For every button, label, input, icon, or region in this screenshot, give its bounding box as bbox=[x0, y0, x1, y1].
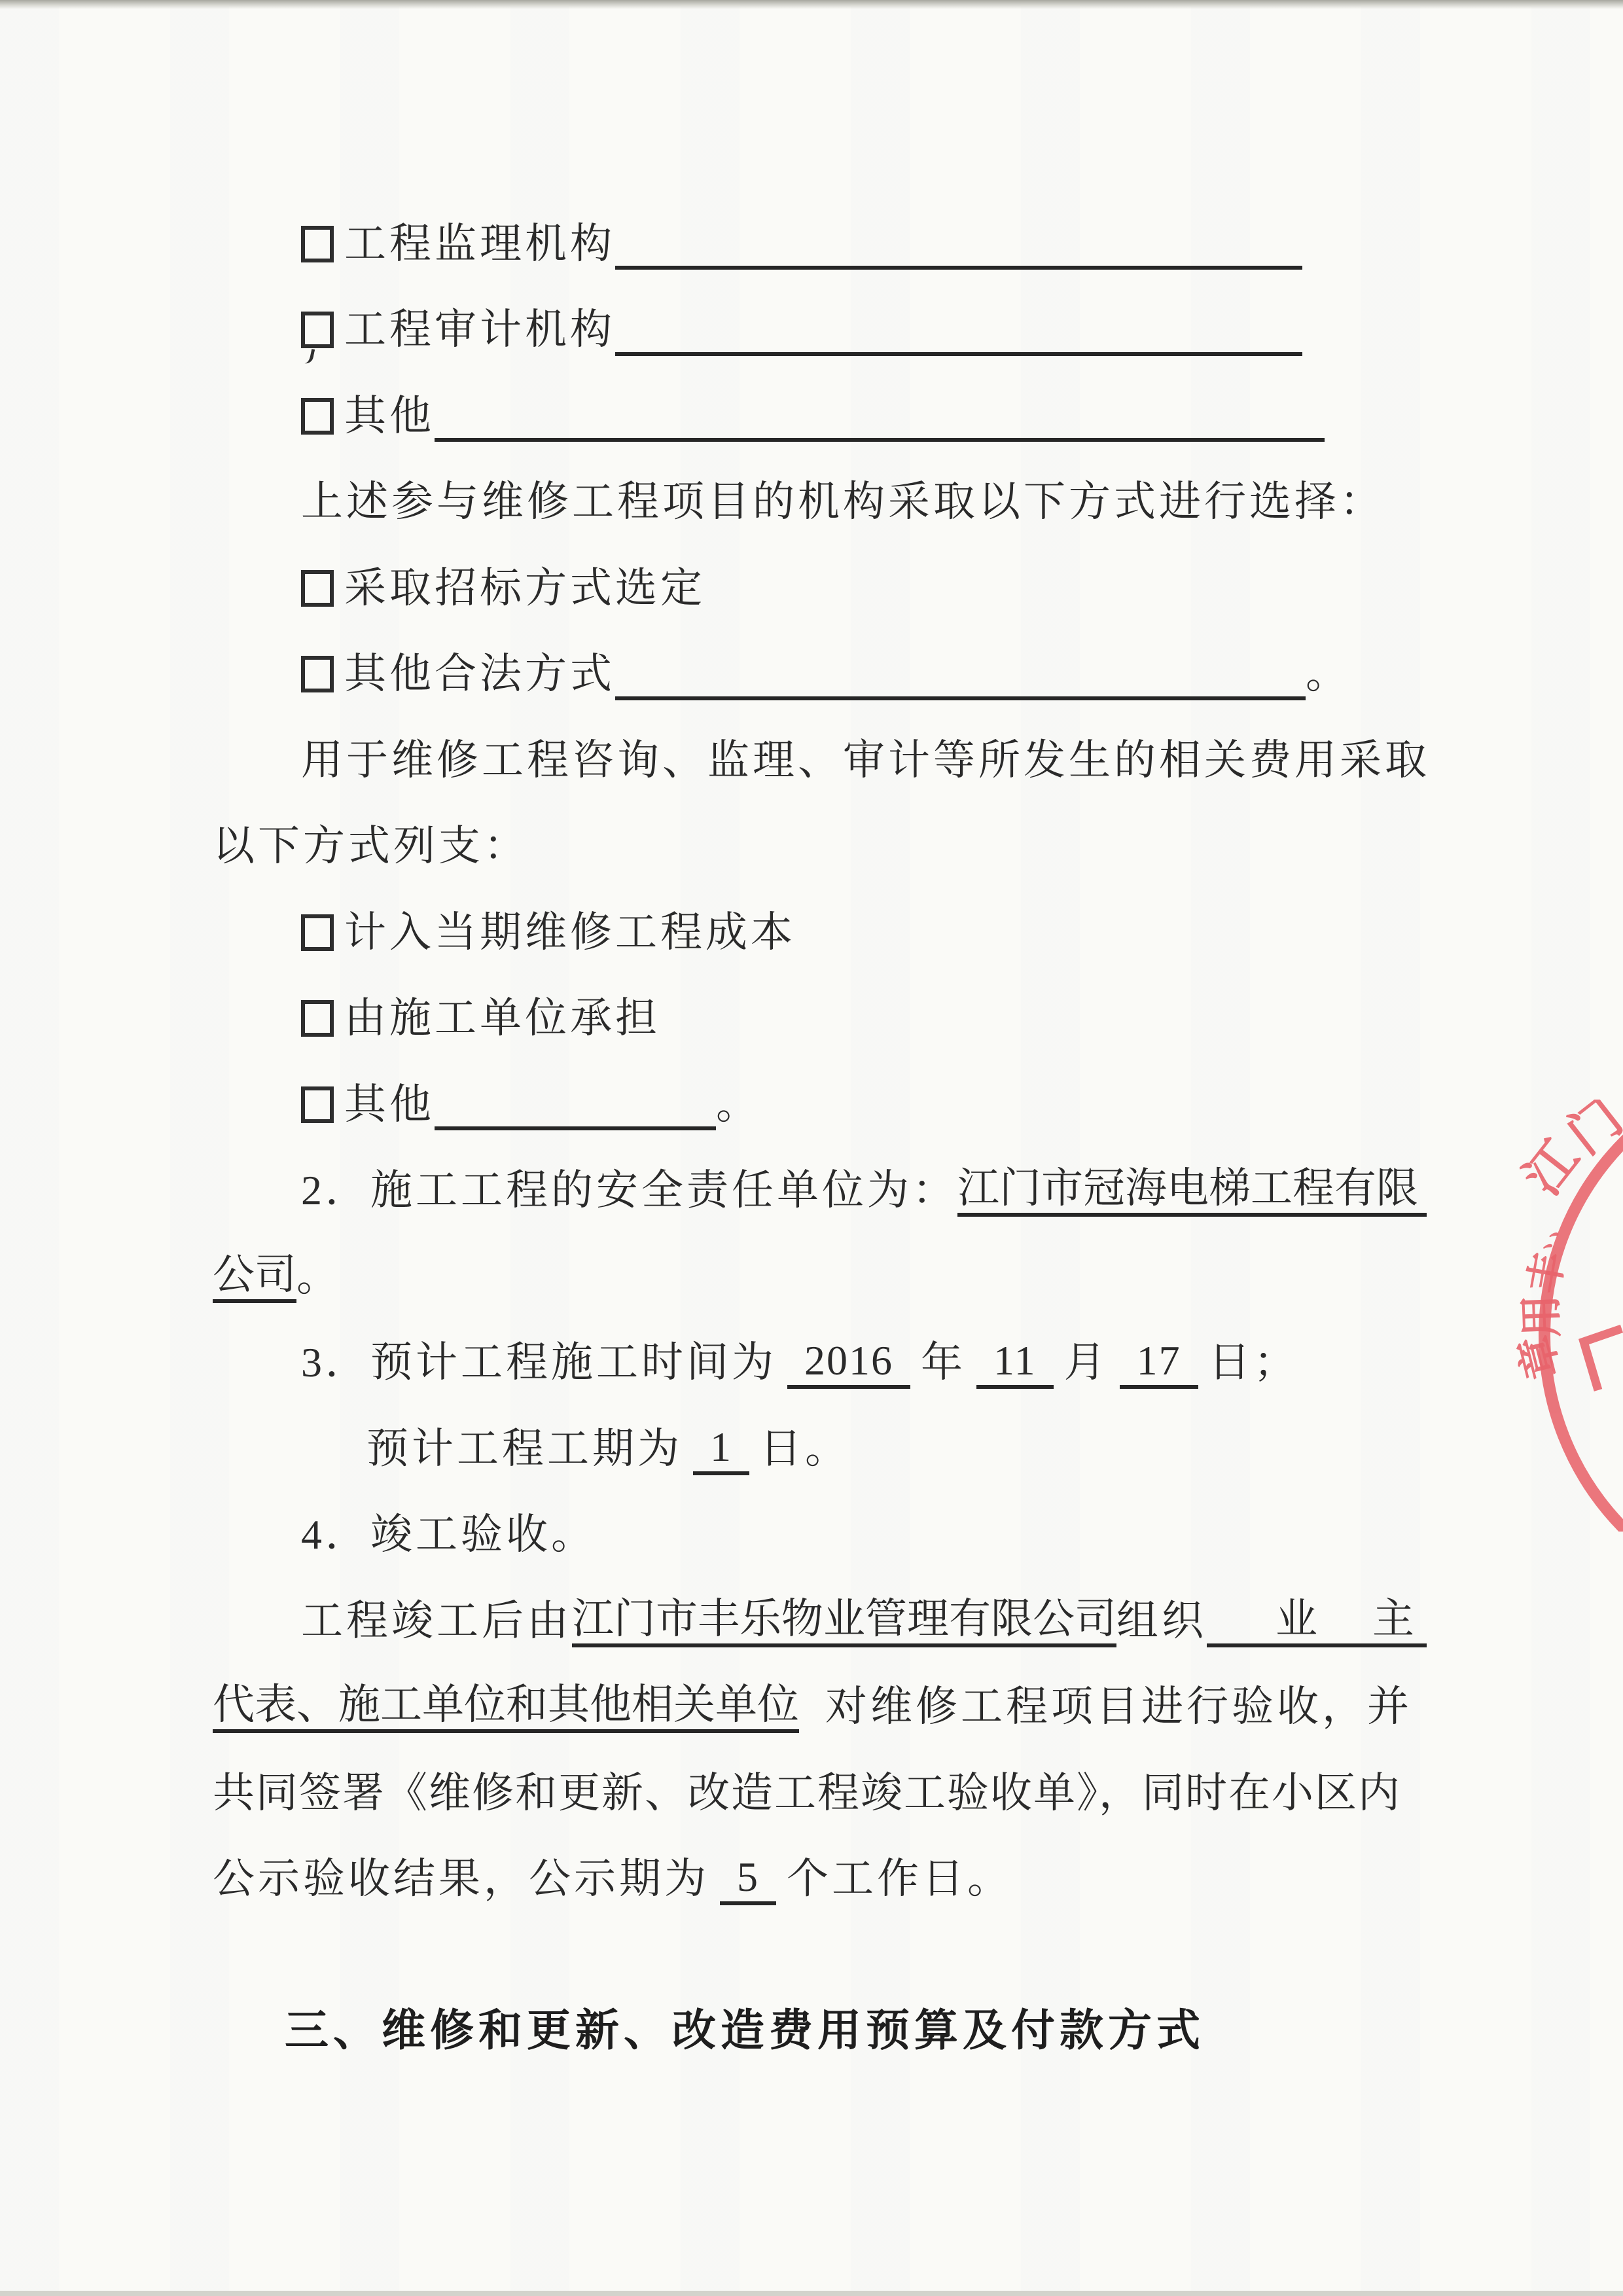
scanned-contract-page: 工程监理机构 工程审计机构 其他 上述参与维修工程项目的机构采取以下方式进行选择… bbox=[0, 0, 1623, 2296]
option-row-other-institution: 其他 bbox=[213, 373, 1427, 459]
safety-company-underlined: 江门市冠海电梯工程有限 bbox=[957, 1164, 1427, 1217]
owner-blank-underlined: 业 主 bbox=[1207, 1595, 1427, 1647]
paragraph-text: 工程竣工后由 bbox=[301, 1597, 572, 1645]
year-unit: 年 bbox=[921, 1338, 966, 1387]
fee-option-row-cost: 计入当期维修工程成本 bbox=[213, 889, 1427, 976]
fee-intro-line-2: 以下方式列支： bbox=[213, 804, 1427, 890]
option-label: 其他 bbox=[344, 392, 435, 440]
option-label: 由施工单位承担 bbox=[344, 994, 660, 1043]
option-row-other-method: 其他合法方式 。 bbox=[213, 632, 1427, 718]
section-heading-text: 三、维修和更新、改造费用预算及付款方式 bbox=[213, 2005, 1205, 2056]
paragraph-text: 个工作日。 bbox=[787, 1855, 1012, 1903]
paragraph-text: 2．施工工程的安全责任单位为： bbox=[301, 1166, 957, 1215]
option-label: 其他 bbox=[344, 1081, 435, 1129]
option-label: 其他合法方式 bbox=[344, 650, 615, 698]
option-label: 采取招标方式选定 bbox=[344, 564, 705, 613]
option-label: 工程审计机构 bbox=[344, 306, 615, 354]
blank-underline bbox=[435, 390, 1325, 442]
item4-line-2: 代表、施工单位和其他相关单位 对维修工程项目进行验收，并 bbox=[213, 1664, 1427, 1751]
option-row-audit: 工程审计机构 bbox=[213, 287, 1427, 374]
paragraph-text: 预计工程工期为 bbox=[366, 1425, 683, 1473]
blank-underline bbox=[615, 649, 1306, 700]
start-day-value: 17 bbox=[1120, 1336, 1198, 1389]
item2-line-2: 公司 。 bbox=[213, 1234, 1427, 1320]
period: 。 bbox=[1306, 650, 1351, 698]
item4-line-3: 共同签署《维修和更新、改造工程竣工验收单》，同时在小区内 bbox=[213, 1750, 1427, 1837]
paragraph-text: 用于维修工程咨询、监理、审计等所发生的相关费用采取 bbox=[301, 736, 1430, 785]
checkbox-icon bbox=[301, 1086, 334, 1123]
blank-underline bbox=[615, 218, 1302, 270]
paragraph-text: 对维修工程项目进行验收，并 bbox=[825, 1683, 1412, 1731]
property-company-underlined: 江门市丰乐物业管理有限公司 bbox=[572, 1595, 1116, 1647]
paragraph-text: 组织 bbox=[1116, 1597, 1207, 1645]
selection-intro-line: 上述参与维修工程项目的机构采取以下方式进行选择： bbox=[213, 459, 1427, 546]
scanner-bottom-edge bbox=[0, 2291, 1623, 2296]
paragraph-text: 3．预计工程施工时间为 bbox=[301, 1338, 777, 1387]
start-month-value: 11 bbox=[976, 1336, 1054, 1389]
period: 。 bbox=[716, 1081, 761, 1129]
scanner-top-edge bbox=[0, 0, 1623, 9]
checkbox-icon bbox=[301, 570, 334, 607]
blank-underline bbox=[435, 1079, 716, 1130]
paragraph-text: 上述参与维修工程项目的机构采取以下方式进行选择： bbox=[301, 478, 1385, 526]
option-row-bidding: 采取招标方式选定 bbox=[213, 545, 1427, 632]
blank-underline bbox=[615, 304, 1302, 356]
fee-intro-line-1: 用于维修工程咨询、监理、审计等所发生的相关费用采取 bbox=[213, 717, 1427, 804]
item3-line-2: 预计工程工期为 1 日。 bbox=[213, 1406, 1427, 1492]
option-label: 计入当期维修工程成本 bbox=[344, 908, 796, 957]
item3-line-1: 3．预计工程施工时间为 2016 年 11 月 17 日； bbox=[213, 1320, 1427, 1407]
fee-option-row-other: 其他 。 bbox=[213, 1062, 1427, 1148]
document-body: 工程监理机构 工程审计机构 其他 上述参与维修工程项目的机构采取以下方式进行选择… bbox=[213, 201, 1427, 2074]
item2-line-1: 2．施工工程的安全责任单位为： 江门市冠海电梯工程有限 bbox=[213, 1148, 1427, 1234]
seal-char: 丰 bbox=[1522, 1249, 1573, 1297]
duration-unit: 日。 bbox=[760, 1425, 850, 1473]
item4-line-4: 公示验收结果，公示期为 5 个工作日。 bbox=[213, 1837, 1427, 1923]
duration-value: 1 bbox=[693, 1423, 749, 1475]
option-row-supervision: 工程监理机构 bbox=[213, 201, 1427, 287]
checkbox-icon bbox=[301, 656, 334, 692]
publicity-days-value: 5 bbox=[720, 1853, 776, 1905]
item4-title-line: 4．竣工验收。 bbox=[213, 1492, 1427, 1579]
checkbox-icon bbox=[301, 1000, 334, 1037]
owner-committee-seal: 江 门 、、 丰 用 章 bbox=[1486, 1100, 1623, 1532]
section-heading: 三、维修和更新、改造费用预算及付款方式 bbox=[213, 1988, 1427, 2074]
representatives-underlined: 代表、施工单位和其他相关单位 bbox=[213, 1681, 799, 1733]
month-unit: 月 bbox=[1064, 1338, 1109, 1387]
item4-line-1: 工程竣工后由 江门市丰乐物业管理有限公司 组织 业 主 bbox=[213, 1578, 1427, 1664]
checkbox-icon bbox=[301, 914, 334, 951]
checkbox-icon bbox=[301, 226, 334, 262]
paragraph-text: 共同签署《维修和更新、改造工程竣工验收单》，同时在小区内 bbox=[213, 1769, 1401, 1818]
seal-inner-square-corner bbox=[1584, 1329, 1622, 1390]
checkbox-icon bbox=[301, 398, 334, 435]
paragraph-text: 4．竣工验收。 bbox=[301, 1511, 596, 1559]
period: 。 bbox=[296, 1253, 342, 1301]
option-label: 工程监理机构 bbox=[344, 220, 615, 268]
paragraph-text: 以下方式列支： bbox=[213, 822, 529, 870]
day-unit: 日； bbox=[1209, 1338, 1299, 1387]
start-year-value: 2016 bbox=[787, 1336, 910, 1389]
paragraph-text: 公示验收结果，公示期为 bbox=[213, 1855, 709, 1903]
seal-char: 用 bbox=[1518, 1293, 1567, 1338]
safety-company-cont-underlined: 公司 bbox=[213, 1251, 296, 1303]
fee-option-row-contractor: 由施工单位承担 bbox=[213, 976, 1427, 1062]
checkbox-icon bbox=[301, 312, 334, 348]
